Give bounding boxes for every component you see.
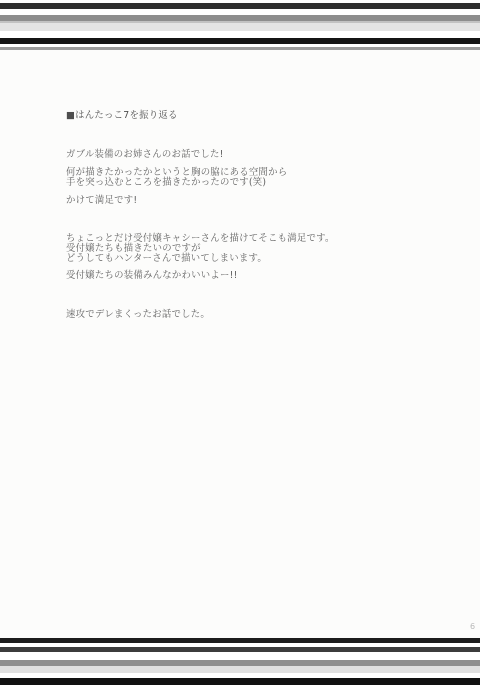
page-number: 6 (470, 622, 475, 632)
paragraph: かけて満足です! (66, 196, 137, 206)
page-text-layer: ■はんたっこ7を振り返る ガブル装備のお姉さんのお話でした! 何が描きたかったか… (0, 0, 480, 685)
bottom-stripe-band (0, 638, 480, 685)
text-line: 速攻でデレまくったお話でした。 (66, 310, 210, 320)
paragraph: 速攻でデレまくったお話でした。 (66, 310, 210, 320)
text-line: ガブル装備のお姉さんのお話でした! (66, 150, 224, 160)
stripe (0, 666, 480, 673)
text-line: 受付嬢たちの装備みんなかわいいよー!! (66, 271, 238, 281)
section-heading: ■はんたっこ7を振り返る (66, 111, 178, 121)
text-line: 手を突っ込むところを描きたかったのです(笑) (66, 178, 287, 188)
paragraph: ガブル装備のお姉さんのお話でした! (66, 150, 224, 160)
stripe (0, 652, 480, 660)
scanned-doujinshi-page: ■はんたっこ7を振り返る ガブル装備のお姉さんのお話でした! 何が描きたかったか… (0, 0, 480, 685)
paragraph: ちょこっとだけ受付嬢キャシーさんを描けてそこも満足です。 受付嬢たちも描きたいの… (66, 234, 335, 264)
paragraph: 何が描きたかったかというと胸の脇にある空間から 手を突っ込むところを描きたかった… (66, 168, 287, 188)
text-line: どうしてもハンターさんで描いてしまいます。 (66, 254, 335, 264)
stripe (0, 678, 480, 685)
paragraph: 受付嬢たちの装備みんなかわいいよー!! (66, 271, 238, 281)
text-line: かけて満足です! (66, 196, 137, 206)
